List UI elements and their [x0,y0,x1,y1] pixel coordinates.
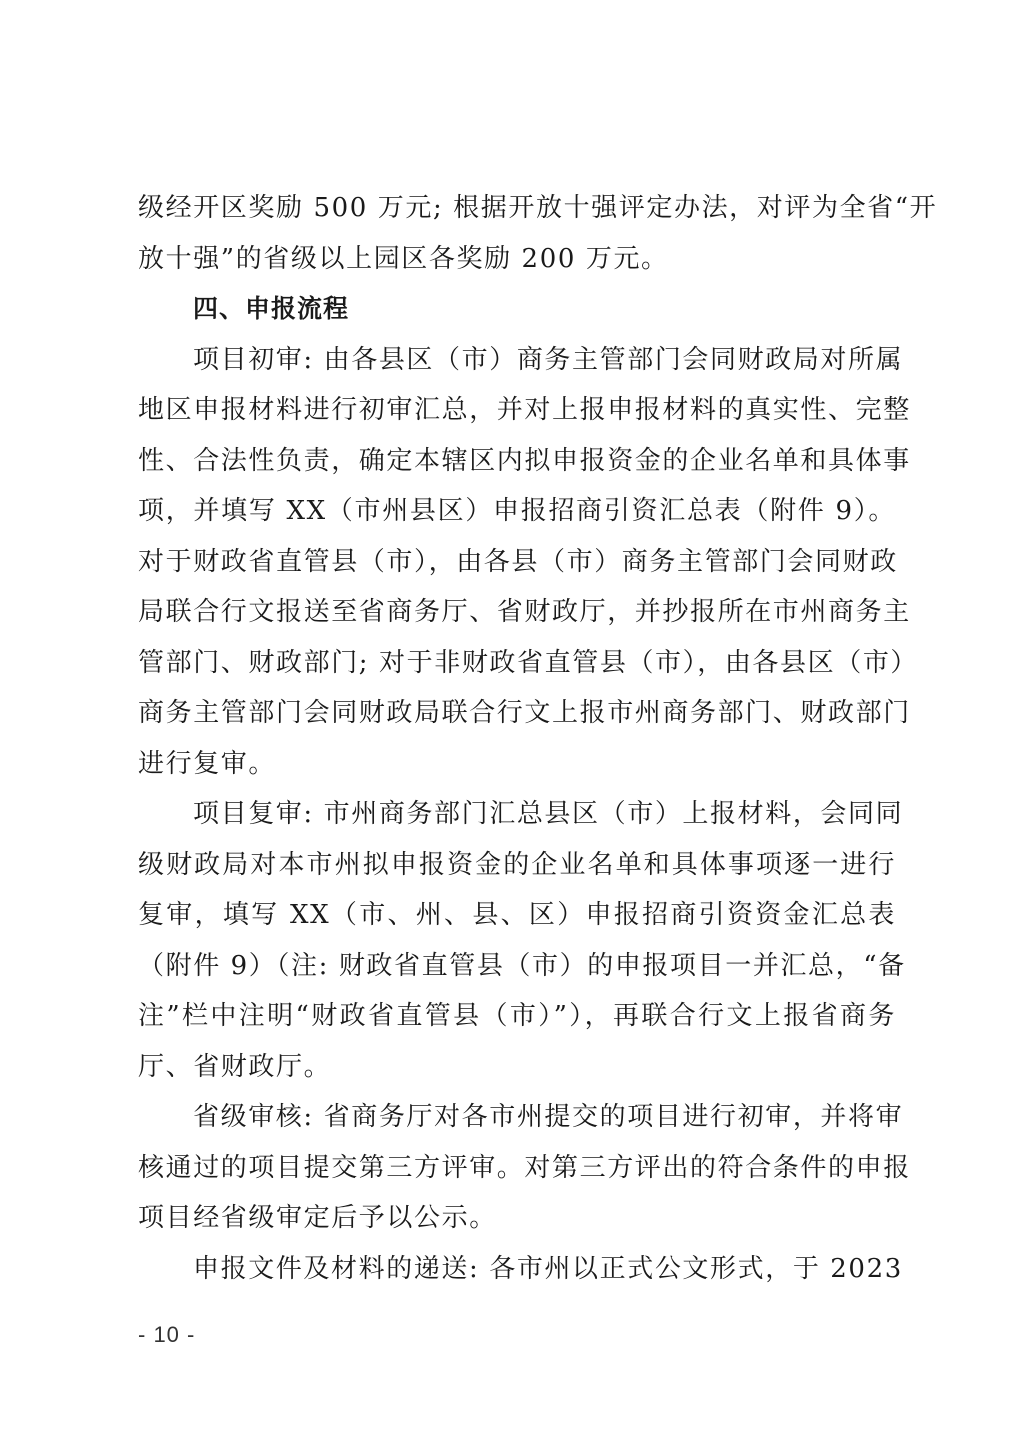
paragraph-document-submission: 申报文件及材料的递送: 各市州以正式公文形式，于 2023 [138,1244,896,1295]
text-line: 核通过的项目提交第三方评审。对第三方评出的符合条件的申报 [138,1143,896,1194]
text-line: （附件 9）（注: 财政省直管县（市）的申报项目一并汇总，“备 [138,941,896,992]
page-number: - 10 - [138,1322,195,1348]
text-line: 项目经省级审定后予以公示。 [138,1193,896,1244]
text-line: 厅、省财政厅。 [138,1042,896,1093]
text-line: 项目复审: 市州商务部门汇总县区（市）上报材料，会同同 [138,789,896,840]
text-line: 商务主管部门会同财政局联合行文上报市州商务部门、财政部门 [138,688,896,739]
text-line: 省级审核: 省商务厅对各市州提交的项目进行初审，并将审 [138,1092,896,1143]
document-body: 级经开区奖励 500 万元; 根据开放十强评定办法，对评为全省“开 放十强”的省… [138,183,896,1294]
continuation-paragraph: 级经开区奖励 500 万元; 根据开放十强评定办法，对评为全省“开 放十强”的省… [138,183,896,284]
text-line: 放十强”的省级以上园区各奖励 200 万元。 [138,234,896,285]
text-line: 局联合行文报送至省商务厅、省财政厅，并抄报所在市州商务主 [138,587,896,638]
paragraph-project-initial-review: 项目初审: 由各县区（市）商务主管部门会同财政局对所属 地区申报材料进行初审汇总… [138,335,896,790]
text-line: 管部门、财政部门; 对于非财政省直管县（市），由各县区（市） [138,638,896,689]
paragraph-provincial-review: 省级审核: 省商务厅对各市州提交的项目进行初审，并将审 核通过的项目提交第三方评… [138,1092,896,1244]
paragraph-project-re-review: 项目复审: 市州商务部门汇总县区（市）上报材料，会同同 级财政局对本市州拟申报资… [138,789,896,1092]
document-page: 级经开区奖励 500 万元; 根据开放十强评定办法，对评为全省“开 放十强”的省… [0,0,1024,1447]
text-line: 对于财政省直管县（市），由各县（市）商务主管部门会同财政 [138,537,896,588]
text-line: 级财政局对本市州拟申报资金的企业名单和具体事项逐一进行 [138,840,896,891]
text-line: 复审，填写 XX（市、州、县、区）申报招商引资资金汇总表 [138,890,896,941]
section-heading: 四、申报流程 [138,284,896,335]
text-line: 项目初审: 由各县区（市）商务主管部门会同财政局对所属 [138,335,896,386]
text-line: 项，并填写 XX（市州县区）申报招商引资汇总表（附件 9）。 [138,486,896,537]
text-line: 进行复审。 [138,739,896,790]
text-line: 地区申报材料进行初审汇总，并对上报申报材料的真实性、完整 [138,385,896,436]
text-line: 级经开区奖励 500 万元; 根据开放十强评定办法，对评为全省“开 [138,183,896,234]
text-line: 申报文件及材料的递送: 各市州以正式公文形式，于 2023 [138,1244,896,1295]
text-line: 性、合法性负责，确定本辖区内拟申报资金的企业名单和具体事 [138,436,896,487]
text-line: 注”栏中注明“财政省直管县（市）”），再联合行文上报省商务 [138,991,896,1042]
